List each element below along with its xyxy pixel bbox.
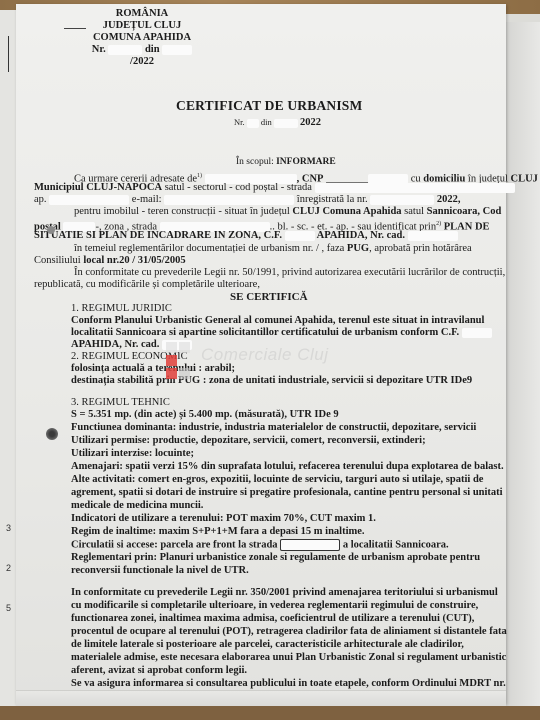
redacted-access-street <box>280 539 340 551</box>
header-country: ROMÂNIA <box>82 8 202 20</box>
se-certifica-heading: SE CERTIFICĂ <box>230 291 308 303</box>
header-commune: COMUNA APAHIDA <box>82 32 202 44</box>
redacted-cf-2 <box>462 328 492 338</box>
redacted-cadastral <box>408 231 458 241</box>
redacted-date <box>162 45 192 55</box>
header-county: JUDEȚUL CLUJ <box>82 20 202 32</box>
conclusion-line: aferent, avizat si aprobat conform legii… <box>71 665 247 677</box>
redacted-cert-date <box>274 119 298 128</box>
intro-line-7: în temeiul reglementărilor documentației… <box>74 243 472 255</box>
juridic-heading: 1. REGIMUL JURIDIC <box>71 303 172 315</box>
watermark-logo <box>166 342 194 382</box>
tehnic-line: Amenajari: spatii verzi 15% din suprafat… <box>71 461 504 473</box>
tehnic-line: S = 5.351 mp. (din acte) și 5.400 mp. (m… <box>71 409 339 421</box>
redacted-cf <box>285 231 315 241</box>
punch-hole-icon <box>47 226 55 234</box>
watermark-text: Comerciale Cluj <box>201 345 328 365</box>
conclusion-line: functionarea zonei, inaltimea maxima adm… <box>71 613 474 625</box>
ruler-marks: 3 2 5 <box>6 470 11 614</box>
tehnic-line: Functiunea dominanta: industrie, industr… <box>71 422 476 434</box>
certificate-number: Nr. din 2022 <box>234 116 321 129</box>
intro-line-10: republicată, cu modificările și completă… <box>34 279 260 291</box>
tehnic-line: Utilizari permise: productie, depozitare… <box>71 435 426 447</box>
intro-line-3: ap. e-mail: înregistrată la nr. 2022, <box>34 194 461 206</box>
intro-line-8: Consiliului local nr.20 / 31/05/2005 <box>34 255 186 267</box>
conclusion-line: In conformitate cu prevederile Legii nr.… <box>71 587 498 599</box>
tehnic-line: Regim de inaltime: maxim S+P+1+M fara a … <box>71 526 365 538</box>
tehnic-line: agrement, spatii si dotari de instruire … <box>71 487 503 499</box>
redacted-email <box>164 195 294 205</box>
redacted-apartment <box>49 195 129 205</box>
juridic-line: localitatii Sannicoara si apartine solic… <box>71 327 492 339</box>
intro-line-6: SITUATIE SI PLAN DE INCADRARE IN ZONA, C… <box>34 230 458 242</box>
conclusion-line: Se va asigura informarea si consultarea … <box>71 678 506 690</box>
conclusion-line: procentul de ocupare al terenului (POT),… <box>71 626 507 638</box>
tehnic-line: Alte activitati: comert en-gros, expozit… <box>71 474 483 486</box>
tehnic-line: medicale de medicina muncii. <box>71 500 203 512</box>
punch-hole-icon <box>46 428 58 440</box>
intro-line-4: pentru imobilul - teren construcții - si… <box>74 206 501 218</box>
right-sheet-edge <box>500 22 540 720</box>
certificate-page: ROMÂNIA JUDEȚUL CLUJ COMUNA APAHIDA Nr. … <box>16 4 506 704</box>
redacted-street <box>315 183 515 193</box>
conclusion-line: de limitele laterale si posterioare ale … <box>71 639 464 651</box>
economic-line: destinația stabilită prin PUG : zona de … <box>71 375 472 387</box>
issuer-header: ROMÂNIA JUDEȚUL CLUJ COMUNA APAHIDA Nr. … <box>82 8 202 68</box>
document-title: CERTIFICAT DE URBANISM <box>176 98 362 114</box>
conclusion-line: cu modificarile si completarile ulterioa… <box>71 600 478 612</box>
tehnic-regl-line: Reglementari prin: Planuri urbanistice z… <box>71 552 480 564</box>
tehnic-line: Utilizari interzise: locuinte; <box>71 448 194 460</box>
redacted-cert-number <box>247 119 259 128</box>
handwritten-arrow <box>64 28 86 29</box>
margin-signature <box>8 36 12 72</box>
wood-table-edge <box>0 706 540 720</box>
tehnic-line: Indicatori de utilizare a terenului: POT… <box>71 513 376 525</box>
tehnic-heading: 3. REGIMUL TEHNIC <box>71 397 170 409</box>
intro-line-2: Municipiul CLUJ-NAPOCA satul - sectorul … <box>34 182 515 194</box>
redacted-number <box>108 45 142 55</box>
tehnic-access-line: Circulatii si accese: parcela are front … <box>71 539 449 551</box>
header-number: Nr. din /2022 <box>82 44 202 68</box>
redacted-registration <box>370 195 434 205</box>
intro-line-9: În conformitate cu prevederile Legii nr.… <box>74 267 505 279</box>
juridic-line: Conform Planului Urbanistic General al c… <box>71 315 484 327</box>
conclusion-line: materialele admise, este necesara elabor… <box>71 652 506 664</box>
purpose-line: În scopul: INFORMARE <box>236 156 336 168</box>
tehnic-regl-line: reconversii functionale la nivel de UTR. <box>71 565 249 577</box>
